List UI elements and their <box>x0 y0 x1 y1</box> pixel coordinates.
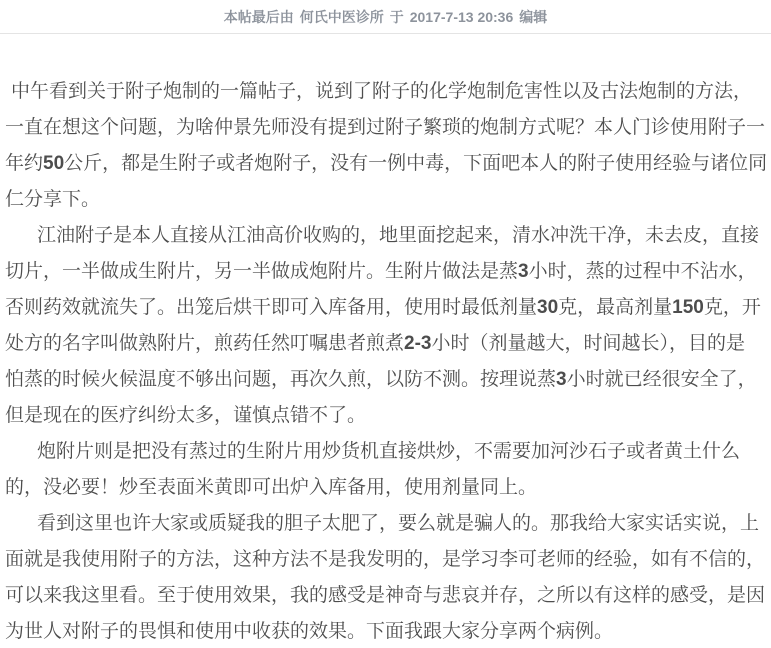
text-segment: 年约 <box>5 153 43 174</box>
editor-username: 何氏中医诊所 <box>300 9 384 25</box>
bold-text-segment: 150 <box>672 297 704 318</box>
body-line: 切片，一半做成生附片，另一半做成炮附片。生附片做法是蒸3小时，蒸的过程中不沾水， <box>5 254 766 290</box>
text-segment: 克，开 <box>704 297 761 318</box>
text-segment: 面就是我使用附子的方法，这种方法不是我发明的，是学习李可老师的经验，如有不信的， <box>5 549 765 570</box>
text-segment: 小时就已经很安全了， <box>567 369 757 390</box>
body-line: 仁分享下。 <box>5 182 766 218</box>
bold-text-segment: 3 <box>556 369 567 390</box>
text-segment: 仁分享下。 <box>5 189 100 210</box>
body-line: 处方的名字叫做熟附片，煎药任然叮嘱患者煎煮2-3小时（剂量越大，时间越长），目的… <box>5 326 766 362</box>
text-segment: 一直在想这个问题，为啥仲景先师没有提到过附子繁琐的炮制方式呢？本人门诊使用附子一 <box>5 117 765 138</box>
forum-post-page: 本帖最后由何氏中医诊所于2017-7-13 20:36编辑 中午看到关于附子炮制… <box>0 0 771 648</box>
text-segment: 小时（剂量越大，时间越长），目的是 <box>431 333 745 354</box>
text-segment: 小时，蒸的过程中不沾水， <box>529 261 757 282</box>
text-segment: 可以来我这里看。至于使用效果，我的感受是神奇与悲哀并存，之所以有这样的感受，是因 <box>5 585 765 606</box>
edit-notice-suffix: 编辑 <box>519 9 547 25</box>
text-segment: 怕蒸的时候火候温度不够出问题，再次久煎，以防不测。按理说蒸 <box>5 369 556 390</box>
body-line: 否则药效就流失了。出笼后烘干即可入库备用，使用时最低剂量30克，最高剂量150克… <box>5 290 766 326</box>
body-line: 一直在想这个问题，为啥仲景先师没有提到过附子繁琐的炮制方式呢？本人门诊使用附子一 <box>5 110 766 146</box>
text-segment: 的，没必要！炒至表面米黄即可出炉入库备用，使用剂量同上。 <box>5 477 537 498</box>
body-line: 为世人对附子的畏惧和使用中收获的效果。下面我跟大家分享两个病例。 <box>5 614 766 648</box>
body-line: 但是现在的医疗纠纷太多，谨慎点错不了。 <box>5 398 766 434</box>
text-segment: 切片，一半做成生附片，另一半做成炮附片。生附片做法是蒸 <box>5 261 518 282</box>
bold-text-segment: 2-3 <box>404 333 431 354</box>
text-segment: 炮附片则是把没有蒸过的生附片用炒货机直接烘炒，不需要加河沙石子或者黄土什么 <box>37 441 740 462</box>
text-segment: 为世人对附子的畏惧和使用中收获的效果。下面我跟大家分享两个病例。 <box>5 621 613 642</box>
text-segment: 克，最高剂量 <box>558 297 672 318</box>
text-segment: 公斤，都是生附子或者炮附子，没有一例中毒，下面吧本人的附子使用经验与诸位同 <box>64 153 766 174</box>
body-line: 面就是我使用附子的方法，这种方法不是我发明的，是学习李可老师的经验，如有不信的， <box>5 542 766 578</box>
body-line: 江油附子是本人直接从江油高价收购的，地里面挖起来，清水冲洗干净，未去皮，直接 <box>5 218 766 254</box>
body-line: 中午看到关于附子炮制的一篇帖子，说到了附子的化学炮制危害性以及古法炮制的方法， <box>5 74 766 110</box>
bold-text-segment: 30 <box>537 297 558 318</box>
text-segment: 江油附子是本人直接从江油高价收购的，地里面挖起来，清水冲洗干净，未去皮，直接 <box>37 225 759 246</box>
body-line: 的，没必要！炒至表面米黄即可出炉入库备用，使用剂量同上。 <box>5 470 766 506</box>
bold-text-segment: 50 <box>43 153 64 174</box>
edit-datetime: 2017-7-13 20:36 <box>410 9 514 25</box>
text-segment: 否则药效就流失了。出笼后烘干即可入库备用，使用时最低剂量 <box>5 297 537 318</box>
post-edit-notice: 本帖最后由何氏中医诊所于2017-7-13 20:36编辑 <box>0 0 771 34</box>
body-line: 看到这里也许大家或质疑我的胆子太肥了，要么就是骗人的。那我给大家实话实说，上 <box>5 506 766 542</box>
body-line: 怕蒸的时候火候温度不够出问题，再次久煎，以防不测。按理说蒸3小时就已经很安全了， <box>5 362 766 398</box>
text-segment: 看到这里也许大家或质疑我的胆子太肥了，要么就是骗人的。那我给大家实话实说，上 <box>37 513 759 534</box>
text-segment: 但是现在的医疗纠纷太多，谨慎点错不了。 <box>5 405 366 426</box>
body-line: 可以来我这里看。至于使用效果，我的感受是神奇与悲哀并存，之所以有这样的感受，是因 <box>5 578 766 614</box>
text-segment: 处方的名字叫做熟附片，煎药任然叮嘱患者煎煮 <box>5 333 404 354</box>
text-segment: 中午看到关于附子炮制的一篇帖子，说到了附子的化学炮制危害性以及古法炮制的方法， <box>11 81 752 102</box>
post-body: 中午看到关于附子炮制的一篇帖子，说到了附子的化学炮制危害性以及古法炮制的方法，一… <box>5 74 766 648</box>
edit-notice-preposition: 于 <box>390 9 404 25</box>
body-line: 年约50公斤，都是生附子或者炮附子，没有一例中毒，下面吧本人的附子使用经验与诸位… <box>5 146 766 182</box>
edit-notice-prefix: 本帖最后由 <box>224 9 294 25</box>
bold-text-segment: 3 <box>518 261 529 282</box>
body-line: 炮附片则是把没有蒸过的生附片用炒货机直接烘炒，不需要加河沙石子或者黄土什么 <box>5 434 766 470</box>
